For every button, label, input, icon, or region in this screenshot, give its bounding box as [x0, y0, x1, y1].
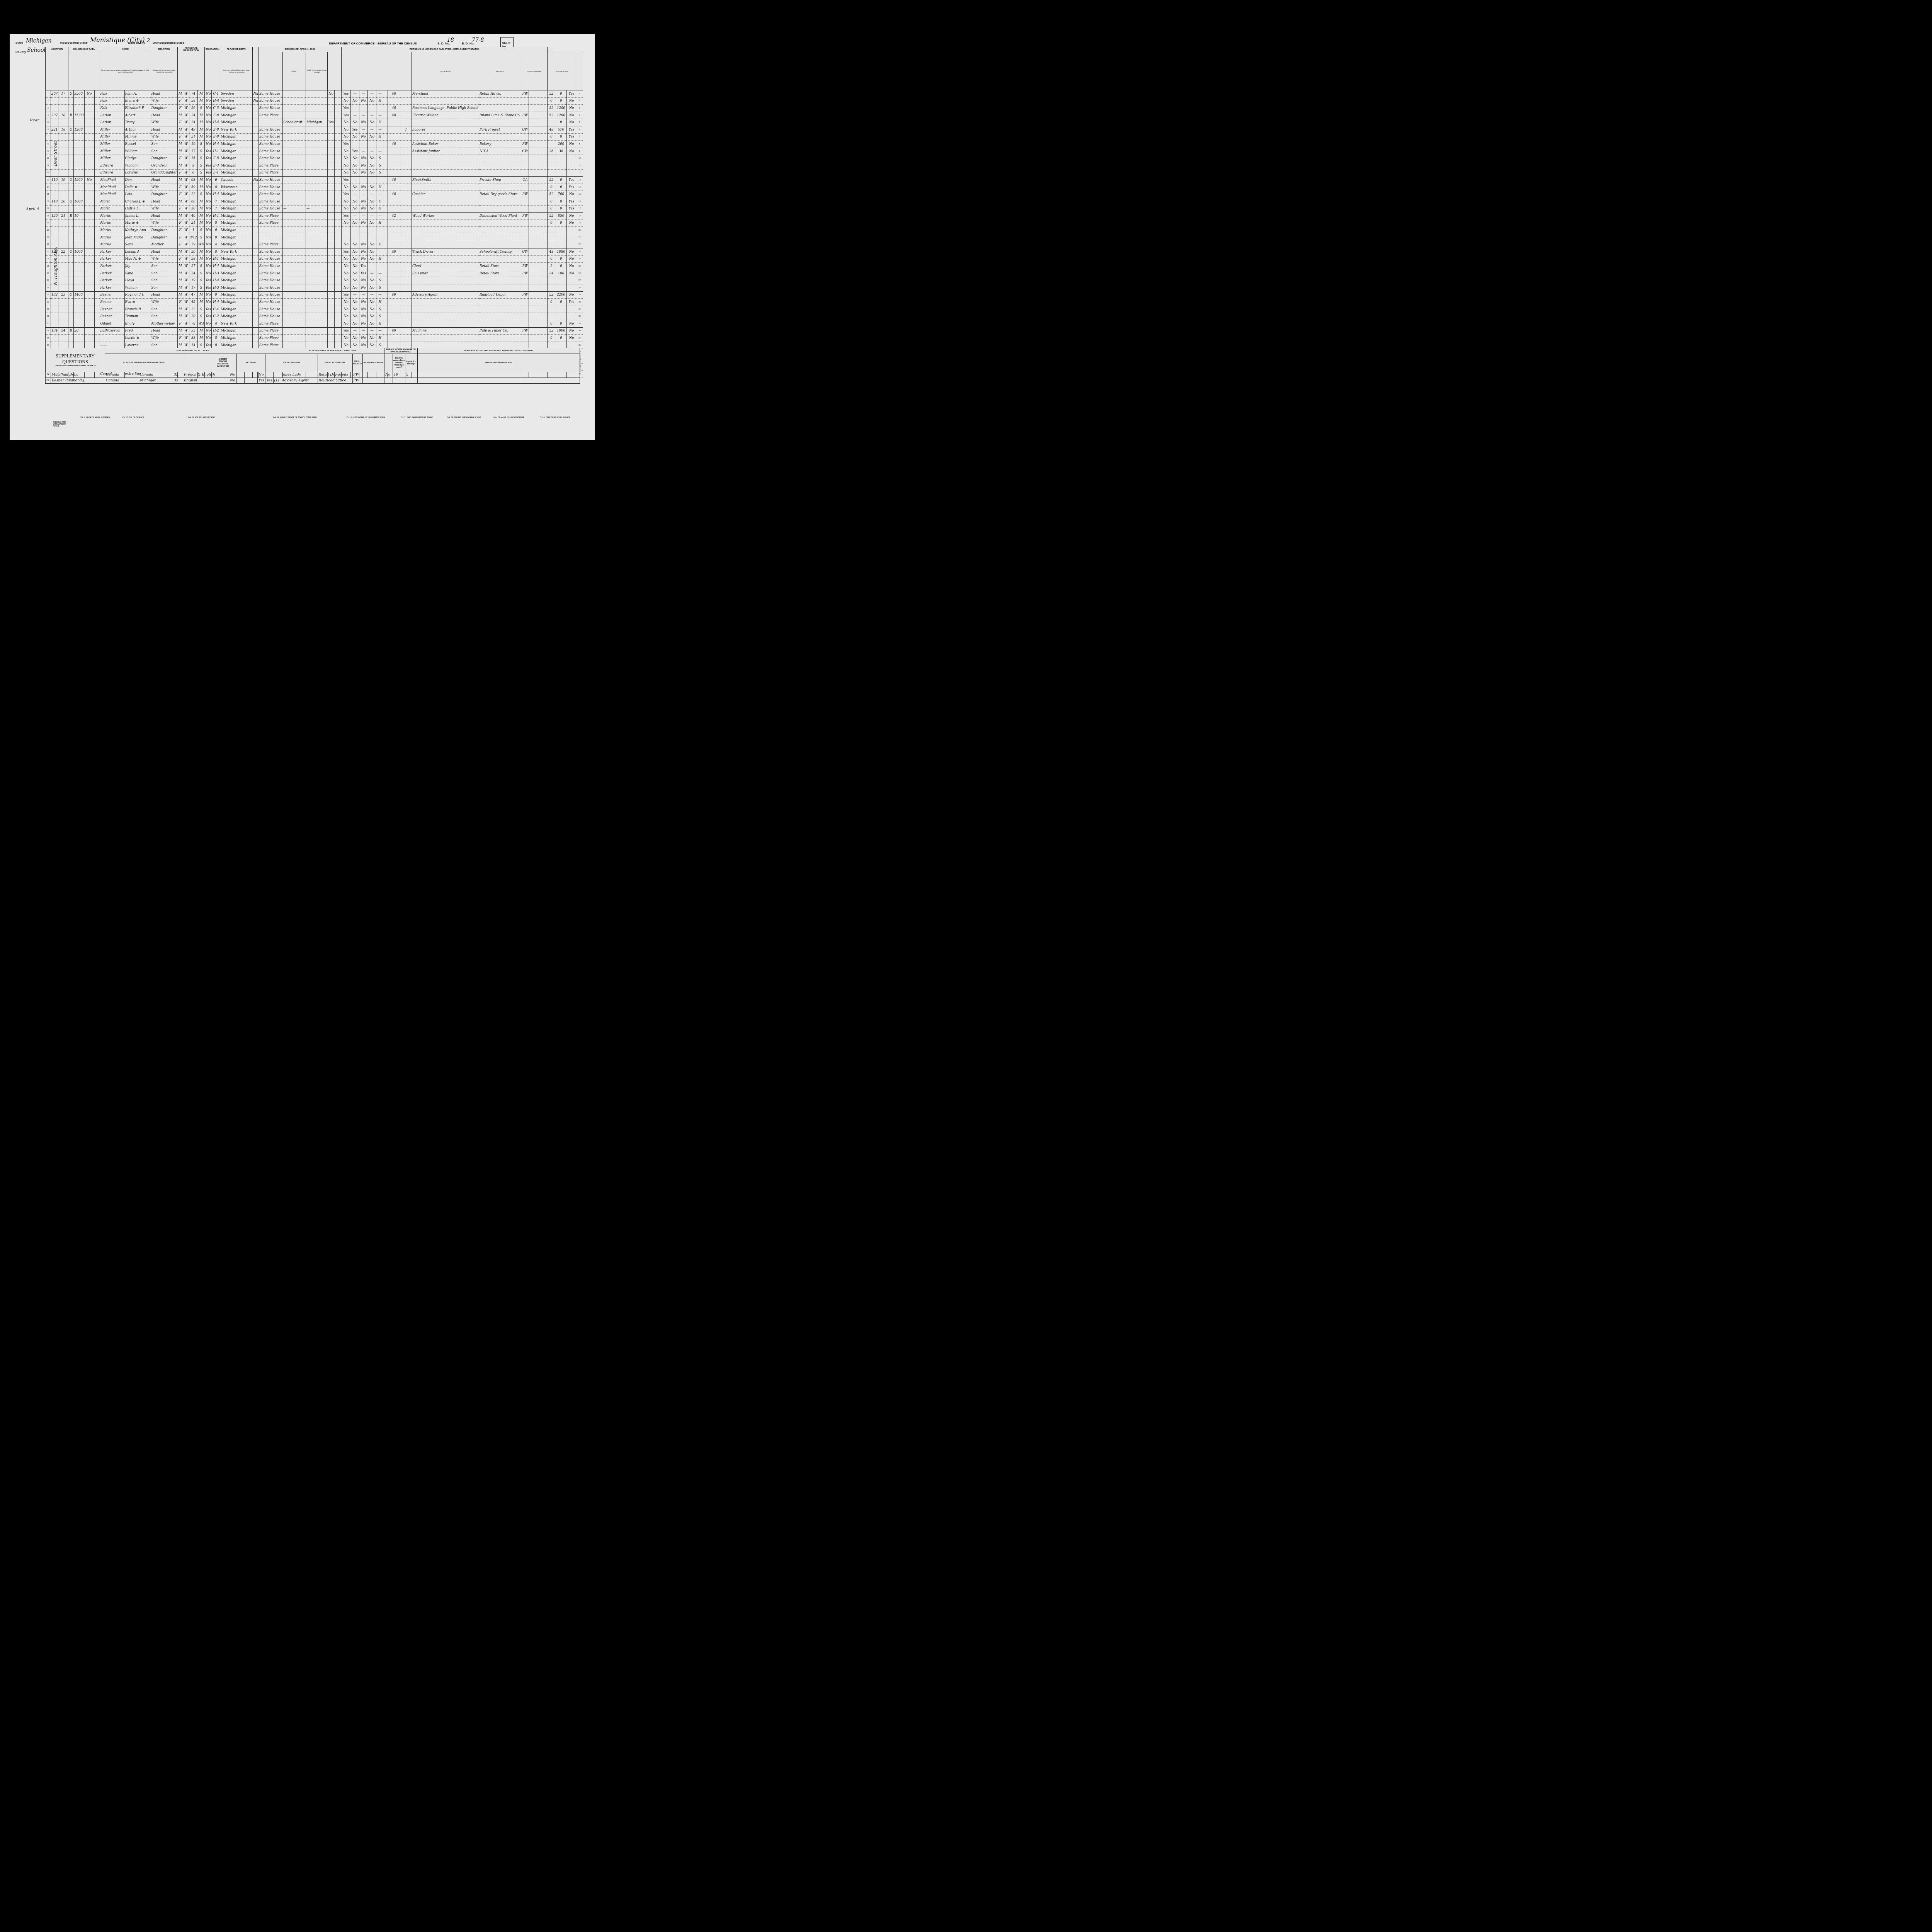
cell-res-farm	[328, 277, 335, 284]
cell-grade: 6	[212, 177, 220, 184]
cell-res-place: Same House	[259, 299, 283, 306]
cell-school: No	[205, 234, 212, 241]
cell-relation: Wife	[151, 255, 177, 263]
cell-industry: Park Project	[479, 126, 521, 133]
cell-blank	[529, 277, 548, 284]
supp-cell-line: 14	[46, 372, 51, 378]
cell-industry	[479, 277, 521, 284]
cell-has-job: No	[368, 313, 376, 320]
cell-blank	[384, 291, 388, 299]
cell-occupation: Clerk	[412, 263, 479, 270]
cell-hours	[388, 263, 400, 270]
cell-blank	[384, 119, 388, 126]
group-citizenship	[253, 47, 259, 52]
cell-at-work: No	[342, 299, 351, 306]
cell-wages: 0	[555, 299, 567, 306]
cell-given: Albert	[124, 112, 151, 119]
cell-marital: S	[197, 270, 205, 277]
cell-blank	[529, 126, 548, 133]
cell-class	[521, 162, 529, 169]
cell-wages: 30	[555, 148, 567, 155]
cell-school: Yes	[205, 169, 212, 177]
cell-marital: M	[197, 198, 205, 205]
cell-class	[521, 255, 529, 263]
cell-relation: Daughter	[151, 105, 177, 112]
cell-industry: Bakery	[479, 141, 521, 148]
cell-line: 30	[46, 299, 51, 306]
cell-public-work: No	[351, 335, 359, 342]
cell-occupation: Assistant Janitor	[412, 148, 479, 155]
cell-occupation	[412, 219, 479, 227]
cell-res-farm	[328, 198, 335, 205]
cell-at-work: No	[342, 335, 351, 342]
cell-blank	[94, 177, 100, 184]
cell-visit	[58, 277, 68, 284]
cell-grade: H-4	[212, 263, 220, 270]
employment-subheader	[342, 52, 412, 90]
cell-blank	[529, 320, 548, 328]
margin-note-rear: Rear	[30, 118, 39, 122]
cell-relation: Son	[151, 313, 177, 320]
cell-blank	[384, 327, 388, 335]
cell-line: 27	[46, 277, 51, 284]
cell-blank	[335, 141, 342, 148]
ward-value: 2	[147, 38, 150, 44]
cell-activity: H	[376, 255, 384, 263]
cell-line: 25	[46, 263, 51, 270]
cell-occupation	[412, 169, 479, 177]
cell-tenure	[68, 320, 74, 328]
cell-other-income: No	[567, 248, 576, 256]
cell-blank	[384, 234, 388, 241]
cell-age: 17	[189, 148, 197, 155]
cell-other-income: No	[567, 320, 576, 328]
table-row: 2FalkElvira ⊗WifeFW58MNoH-4SwedenNaSame …	[46, 97, 583, 105]
cell-value: 1000	[74, 248, 84, 256]
cell-race: W	[183, 191, 189, 198]
cell-industry	[479, 119, 521, 126]
cell-hours	[388, 133, 400, 141]
cell-wages	[555, 306, 567, 313]
cell-visit: 17	[58, 90, 68, 98]
cell-unemp-weeks	[400, 133, 412, 141]
cell-hours	[388, 277, 400, 284]
cell-weeks: 0	[548, 299, 555, 306]
cell-school: No	[205, 270, 212, 277]
cell-race: W	[183, 263, 189, 270]
cell-res-state	[306, 133, 328, 141]
cell-visit	[58, 155, 68, 162]
cell-race: W	[183, 162, 189, 169]
supp-cell-industry: Retail Dry-goods	[318, 372, 352, 378]
cell-value	[74, 191, 84, 198]
cell-blank	[529, 205, 548, 213]
supp-cell-ss-percent	[273, 372, 281, 378]
cell-line: 4	[46, 112, 51, 119]
cell-has-job: —	[368, 112, 376, 119]
cell-blank	[384, 299, 388, 306]
cell-relation: Grandson	[151, 162, 177, 169]
cell-weeks: 52	[548, 291, 555, 299]
cell-unemp-weeks	[400, 306, 412, 313]
cell-house	[51, 277, 58, 284]
birth-description: If born in the United States, give State…	[220, 52, 253, 90]
cell-farm	[84, 291, 94, 299]
cell-line: 4	[576, 112, 583, 119]
cell-age: 79	[189, 241, 197, 248]
supp-group-office: FOR OFFICE USE ONLY—DO NOT WRITE IN THES…	[417, 348, 580, 354]
group-relation: RELATION	[151, 47, 177, 52]
cell-grade: C-2	[212, 313, 220, 320]
residence-state-subheader: STATE (or Territory or foreign country)	[306, 52, 328, 90]
cell-line: 18	[576, 213, 583, 220]
cell-birthplace: Michigan	[220, 299, 253, 306]
cell-sex: F	[177, 299, 183, 306]
cell-unemp-weeks	[400, 219, 412, 227]
supp-usual-occupation-header: USUAL OCCUPATION	[318, 354, 352, 372]
cell-res-state	[306, 335, 328, 342]
cell-res-state	[306, 155, 328, 162]
cell-blank	[384, 306, 388, 313]
cell-school: No	[205, 248, 212, 256]
cell-res-state	[306, 284, 328, 292]
cell-at-work: No	[342, 219, 351, 227]
cell-public-work: No	[351, 198, 359, 205]
cell-public-work: No	[351, 155, 359, 162]
cell-has-job: —	[368, 126, 376, 133]
cell-res-place: Same House	[259, 148, 283, 155]
supp-married-more-header: Has this woman been married more than on…	[393, 354, 405, 372]
cell-visit	[58, 133, 68, 141]
cell-age: 78	[189, 320, 197, 328]
cell-res-county	[283, 133, 306, 141]
cell-res-farm	[328, 306, 335, 313]
cell-tenure	[68, 241, 74, 248]
cell-tenure	[68, 119, 74, 126]
cell-age: 1	[189, 227, 197, 234]
cell-res-farm	[328, 177, 335, 184]
cell-weeks: 52	[548, 112, 555, 119]
cell-res-county	[283, 141, 306, 148]
cell-public-work: No	[351, 219, 359, 227]
cell-house	[51, 299, 58, 306]
supp-cell-occupation: Advisory Agent	[281, 378, 318, 384]
cell-wages	[555, 162, 567, 169]
supp-cell-vet: No	[229, 372, 237, 378]
cell-industry: Inland Lime & Stone Co.	[479, 112, 521, 119]
cell-res-farm	[328, 219, 335, 227]
cell-blank	[335, 299, 342, 306]
cell-school: Yes	[205, 277, 212, 284]
cell-public-work: —	[351, 327, 359, 335]
cell-value	[74, 306, 84, 313]
cell-farm	[84, 263, 94, 270]
cell-blank	[384, 284, 388, 292]
supp-code-h	[229, 354, 237, 372]
cell-wages	[555, 169, 567, 177]
cell-res-county	[283, 284, 306, 292]
cell-school: Yes	[205, 148, 212, 155]
cell-blank	[529, 105, 548, 112]
cell-surname: Marks	[100, 234, 124, 241]
cell-industry: RailRoad Depot	[479, 291, 521, 299]
cell-blank	[94, 119, 100, 126]
cell-activity: —	[376, 291, 384, 299]
cell-birthplace: Canada	[220, 177, 253, 184]
cell-res-place: Same House	[259, 155, 283, 162]
cell-seeking: —	[359, 213, 368, 220]
cell-industry	[479, 169, 521, 177]
cell-sex: F	[177, 97, 183, 105]
cell-race: W	[183, 155, 189, 162]
cell-blank	[384, 162, 388, 169]
cell-blank	[94, 320, 100, 328]
cell-farm	[84, 126, 94, 133]
cell-line: 14	[576, 184, 583, 191]
cell-res-county	[283, 177, 306, 184]
cell-race: W	[183, 291, 189, 299]
cell-wages	[555, 155, 567, 162]
cell-house	[51, 313, 58, 320]
cell-res-county	[283, 241, 306, 248]
cell-farm	[84, 105, 94, 112]
cell-birthplace: Michigan	[220, 198, 253, 205]
group-personal: PERSONAL DESCRIPTION	[177, 47, 205, 52]
cell-has-job	[368, 227, 376, 234]
cell-res-state: Michigan	[306, 119, 328, 126]
cell-industry	[479, 184, 521, 191]
cell-relation: Head	[151, 213, 177, 220]
cell-farm	[84, 270, 94, 277]
cell-tenure	[68, 219, 74, 227]
supp-cell-occupation: Sales Lady	[281, 372, 318, 378]
cell-at-work: No	[342, 255, 351, 263]
cell-relation: Mother-in-law	[151, 320, 177, 328]
cell-has-job: No	[368, 97, 376, 105]
cell-public-work: No	[351, 205, 359, 213]
cell-marital: S	[197, 263, 205, 270]
cell-has-job: —	[368, 177, 376, 184]
cell-res-place: Same Place	[259, 335, 283, 342]
cell-house: 134	[51, 327, 58, 335]
cell-hours: 40	[388, 177, 400, 184]
cell-res-county	[283, 313, 306, 320]
cell-blank	[529, 263, 548, 270]
cell-farm	[84, 320, 94, 328]
cell-hours: 40	[388, 141, 400, 148]
cell-class	[521, 205, 529, 213]
cell-blank	[335, 155, 342, 162]
cell-unemp-weeks	[400, 155, 412, 162]
cell-surname: Falk	[100, 90, 124, 98]
cell-res-state	[306, 126, 328, 133]
cell-grade: H-3	[212, 270, 220, 277]
cell-other-income: No	[567, 191, 576, 198]
cell-line: 3	[576, 105, 583, 112]
cell-value: 10	[74, 213, 84, 220]
cell-house	[51, 219, 58, 227]
cell-tenure	[68, 335, 74, 342]
cell-res-farm	[328, 270, 335, 277]
cell-house: 118	[51, 198, 58, 205]
cell-line: 6	[576, 126, 583, 133]
group-line-right	[548, 47, 555, 52]
cell-farm	[84, 141, 94, 148]
cell-birthplace: Michigan	[220, 133, 253, 141]
supp-cell-tongue: English	[183, 378, 217, 384]
cell-farm: No	[84, 90, 94, 98]
cell-wages: 700	[555, 191, 567, 198]
cell-blank	[335, 112, 342, 119]
cell-res-farm	[328, 169, 335, 177]
cell-tenure	[68, 162, 74, 169]
cell-blank	[529, 191, 548, 198]
cell-value	[74, 141, 84, 148]
cell-unemp-weeks	[400, 141, 412, 148]
cell-activity: H	[376, 219, 384, 227]
cell-visit: 18	[58, 112, 68, 119]
cell-surname: MacPhail	[100, 184, 124, 191]
cell-blank	[94, 277, 100, 284]
cell-public-work: —	[351, 191, 359, 198]
cell-grade: 7	[212, 198, 220, 205]
cell-weeks	[548, 227, 555, 234]
education-subheader	[205, 52, 220, 90]
cell-blank	[529, 141, 548, 148]
cell-school: No	[205, 255, 212, 263]
cell-has-job: No	[368, 162, 376, 169]
cell-given: Charles J. ⊗	[124, 198, 151, 205]
cell-surname: Besner	[100, 299, 124, 306]
cell-has-job	[368, 234, 376, 241]
cell-public-work	[351, 227, 359, 234]
cell-weeks	[548, 234, 555, 241]
cell-blank	[335, 126, 342, 133]
cell-race: W	[183, 90, 189, 98]
cell-blank	[384, 277, 388, 284]
cell-at-work: No	[342, 97, 351, 105]
cell-hours	[388, 219, 400, 227]
cell-value	[74, 284, 84, 292]
cell-at-work: No	[342, 277, 351, 284]
cell-age: 60	[189, 198, 197, 205]
cell-school: No	[205, 97, 212, 105]
supp-cell-ss-deduct	[265, 372, 273, 378]
cell-res-county	[283, 169, 306, 177]
cell-race: W	[183, 313, 189, 320]
cell-race: W	[183, 299, 189, 306]
cell-line: 32	[576, 313, 583, 320]
cell-line: 5	[576, 119, 583, 126]
cell-blank	[94, 162, 100, 169]
cell-house	[51, 148, 58, 155]
cell-public-work: —	[351, 177, 359, 184]
cell-citizen	[253, 141, 259, 148]
cell-relation: Daughter	[151, 155, 177, 162]
cell-unemp-weeks	[400, 320, 412, 328]
cell-wages	[555, 227, 567, 234]
cell-value	[74, 148, 84, 155]
cell-occupation: BlackSmith	[412, 177, 479, 184]
cell-farm	[84, 213, 94, 220]
cell-grade: H-4	[212, 119, 220, 126]
cell-wages: 510	[555, 126, 567, 133]
cell-res-county	[283, 327, 306, 335]
cell-visit	[58, 299, 68, 306]
group-birth: PLACE OF BIRTH	[220, 47, 253, 52]
cell-tenure: R	[68, 213, 74, 220]
cell-surname: Marks	[100, 227, 124, 234]
supp-cell-blank	[252, 378, 258, 384]
cell-hours: 48	[388, 90, 400, 98]
cell-sex: F	[177, 227, 183, 234]
supplementary-body: 14MacPhail DeliaCanadaCanada35French & E…	[46, 372, 580, 384]
cell-occupation	[412, 313, 479, 320]
cell-res-state	[306, 277, 328, 284]
cell-race: W	[183, 97, 189, 105]
cell-occupation	[412, 184, 479, 191]
cell-activity: S	[376, 313, 384, 320]
cell-class: PW	[521, 327, 529, 335]
cell-line: 23	[576, 248, 583, 256]
cell-has-job: —	[368, 213, 376, 220]
cell-industry	[479, 299, 521, 306]
cell-age: 24	[189, 270, 197, 277]
cell-industry	[479, 198, 521, 205]
cell-occupation	[412, 227, 479, 234]
cell-weeks	[548, 306, 555, 313]
cell-marital: M	[197, 255, 205, 263]
cell-seeking: No	[359, 205, 368, 213]
cell-seeking: —	[359, 126, 368, 133]
cell-surname: Besner	[100, 306, 124, 313]
cell-blank	[335, 227, 342, 234]
cell-given: John A.	[124, 90, 151, 98]
cell-house	[51, 234, 58, 241]
cell-res-place: Same House	[259, 126, 283, 133]
cell-blank	[335, 191, 342, 198]
cell-tenure: O	[68, 177, 74, 184]
cell-occupation	[412, 299, 479, 306]
cell-blank	[529, 177, 548, 184]
cell-activity: U	[376, 198, 384, 205]
cell-res-county	[283, 105, 306, 112]
cell-res-farm	[328, 133, 335, 141]
cell-weeks	[548, 277, 555, 284]
household-subheader	[68, 52, 100, 90]
industry-subheader: INDUSTRY	[479, 52, 521, 90]
cell-activity: S	[376, 169, 384, 177]
notes-col10: Col. 10. COLOR OR RACE:	[122, 417, 145, 418]
cell-industry	[479, 313, 521, 320]
cell-visit: 19	[58, 177, 68, 184]
cell-public-work: No	[351, 248, 359, 256]
cell-visit	[58, 184, 68, 191]
cell-seeking: —	[359, 177, 368, 184]
cell-activity	[376, 234, 384, 241]
cell-public-work: No	[351, 270, 359, 277]
cell-res-farm	[328, 320, 335, 328]
cell-at-work: Yes	[342, 90, 351, 98]
cell-given: Eva ⊗	[124, 299, 151, 306]
cell-line: 24	[576, 255, 583, 263]
cell-grade: H-4	[212, 299, 220, 306]
cell-race: W	[183, 227, 189, 234]
cell-seeking	[359, 234, 368, 241]
cell-at-work: No	[342, 205, 351, 213]
cell-blank	[94, 291, 100, 299]
cell-res-county	[283, 270, 306, 277]
